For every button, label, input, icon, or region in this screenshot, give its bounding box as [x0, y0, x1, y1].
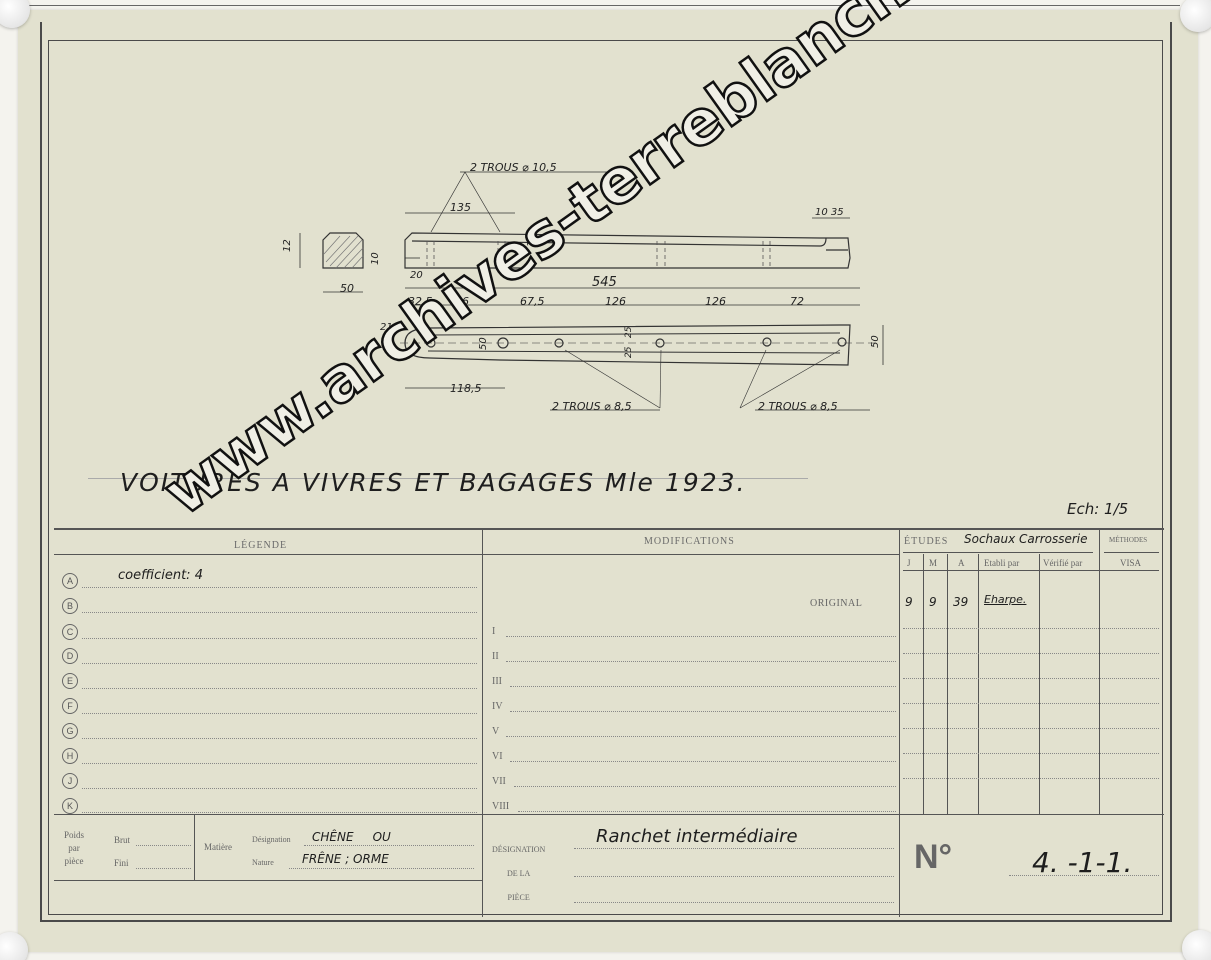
- mod-row-label: III: [492, 676, 502, 687]
- legend-marker: A: [62, 573, 78, 589]
- svg-text:10 35: 10 35: [815, 207, 844, 218]
- svg-text:25: 25: [624, 326, 634, 338]
- svg-text:50: 50: [340, 282, 354, 295]
- col-a: A: [958, 558, 965, 568]
- number-label: N°: [914, 838, 952, 877]
- weight-label: Poidsparpièce: [64, 829, 84, 868]
- date-a: 39: [953, 595, 968, 609]
- svg-text:67,5: 67,5: [520, 295, 545, 308]
- svg-text:545: 545: [592, 275, 617, 290]
- etudes-label: ÉTUDES: [904, 536, 948, 547]
- col-etabli: Etabli par: [984, 558, 1019, 568]
- svg-text:2 TROUS ⌀ 8,5: 2 TROUS ⌀ 8,5: [552, 400, 632, 413]
- legend-header: LÉGENDE: [234, 540, 287, 551]
- svg-text:135: 135: [450, 201, 471, 214]
- svg-text:50: 50: [870, 335, 881, 348]
- signature: Eharpe.: [984, 593, 1026, 606]
- title-block: LÉGENDE A coefficient: 4 B C D E F G H J…: [54, 528, 1164, 917]
- svg-text:126: 126: [605, 295, 626, 308]
- svg-text:12: 12: [282, 239, 293, 252]
- svg-text:2 TROUS ⌀ 10,5: 2 TROUS ⌀ 10,5: [470, 161, 557, 174]
- svg-text:118,5: 118,5: [450, 382, 482, 395]
- col-j: J: [907, 558, 911, 568]
- nature-label: Nature: [252, 858, 274, 867]
- svg-text:50: 50: [478, 337, 489, 350]
- legend-marker: H: [62, 748, 78, 764]
- legend-marker: D: [62, 648, 78, 664]
- nature-value: FRÊNE ; ORME: [302, 852, 389, 866]
- legend-marker: G: [62, 723, 78, 739]
- mod-row-label: II: [492, 651, 499, 662]
- methodes-label: MÉTHODES: [1109, 536, 1147, 544]
- modifications-header: MODIFICATIONS: [644, 536, 735, 547]
- svg-text:126: 126: [705, 295, 726, 308]
- fini-label: Fini: [114, 858, 129, 868]
- col-visa: VISA: [1120, 558, 1141, 568]
- drawing-scale: Ech: 1/5: [1067, 500, 1128, 518]
- date-j: 9: [905, 595, 913, 609]
- mod-row-label: VI: [492, 751, 503, 762]
- mod-row-label: VII: [492, 776, 506, 787]
- designation-label: Désignation: [252, 835, 291, 844]
- legend-marker: K: [62, 798, 78, 814]
- matiere-label: Matière: [204, 842, 232, 852]
- legend-marker: B: [62, 598, 78, 614]
- mod-row-label: VIII: [492, 801, 509, 812]
- svg-text:10: 10: [370, 252, 381, 265]
- legend-marker: F: [62, 698, 78, 714]
- svg-text:2 TROUS ⌀ 8,5: 2 TROUS ⌀ 8,5: [758, 400, 838, 413]
- legend-text: coefficient: 4: [118, 568, 203, 583]
- brut-label: Brut: [114, 835, 130, 845]
- date-m: 9: [929, 595, 937, 609]
- original-label: ORIGINAL: [810, 598, 862, 609]
- legend-marker: C: [62, 624, 78, 640]
- svg-text:72: 72: [790, 295, 804, 308]
- etudes-value: Sochaux Carrosserie: [964, 532, 1088, 546]
- designation-value: CHÊNE OU: [312, 830, 391, 844]
- col-verifie: Vérifié par: [1043, 558, 1082, 568]
- mod-row-label: IV: [492, 701, 503, 712]
- legend-marker: E: [62, 673, 78, 689]
- mod-row-label: V: [492, 726, 499, 737]
- mod-row-label: I: [492, 626, 495, 637]
- col-m: M: [929, 558, 937, 568]
- legend-marker: J: [62, 773, 78, 789]
- piece-value: Ranchet intermédiaire: [596, 826, 798, 847]
- svg-text:25: 25: [624, 346, 634, 358]
- piece-label: DÉSIGNATIONDE LAPIÈCE: [492, 838, 545, 910]
